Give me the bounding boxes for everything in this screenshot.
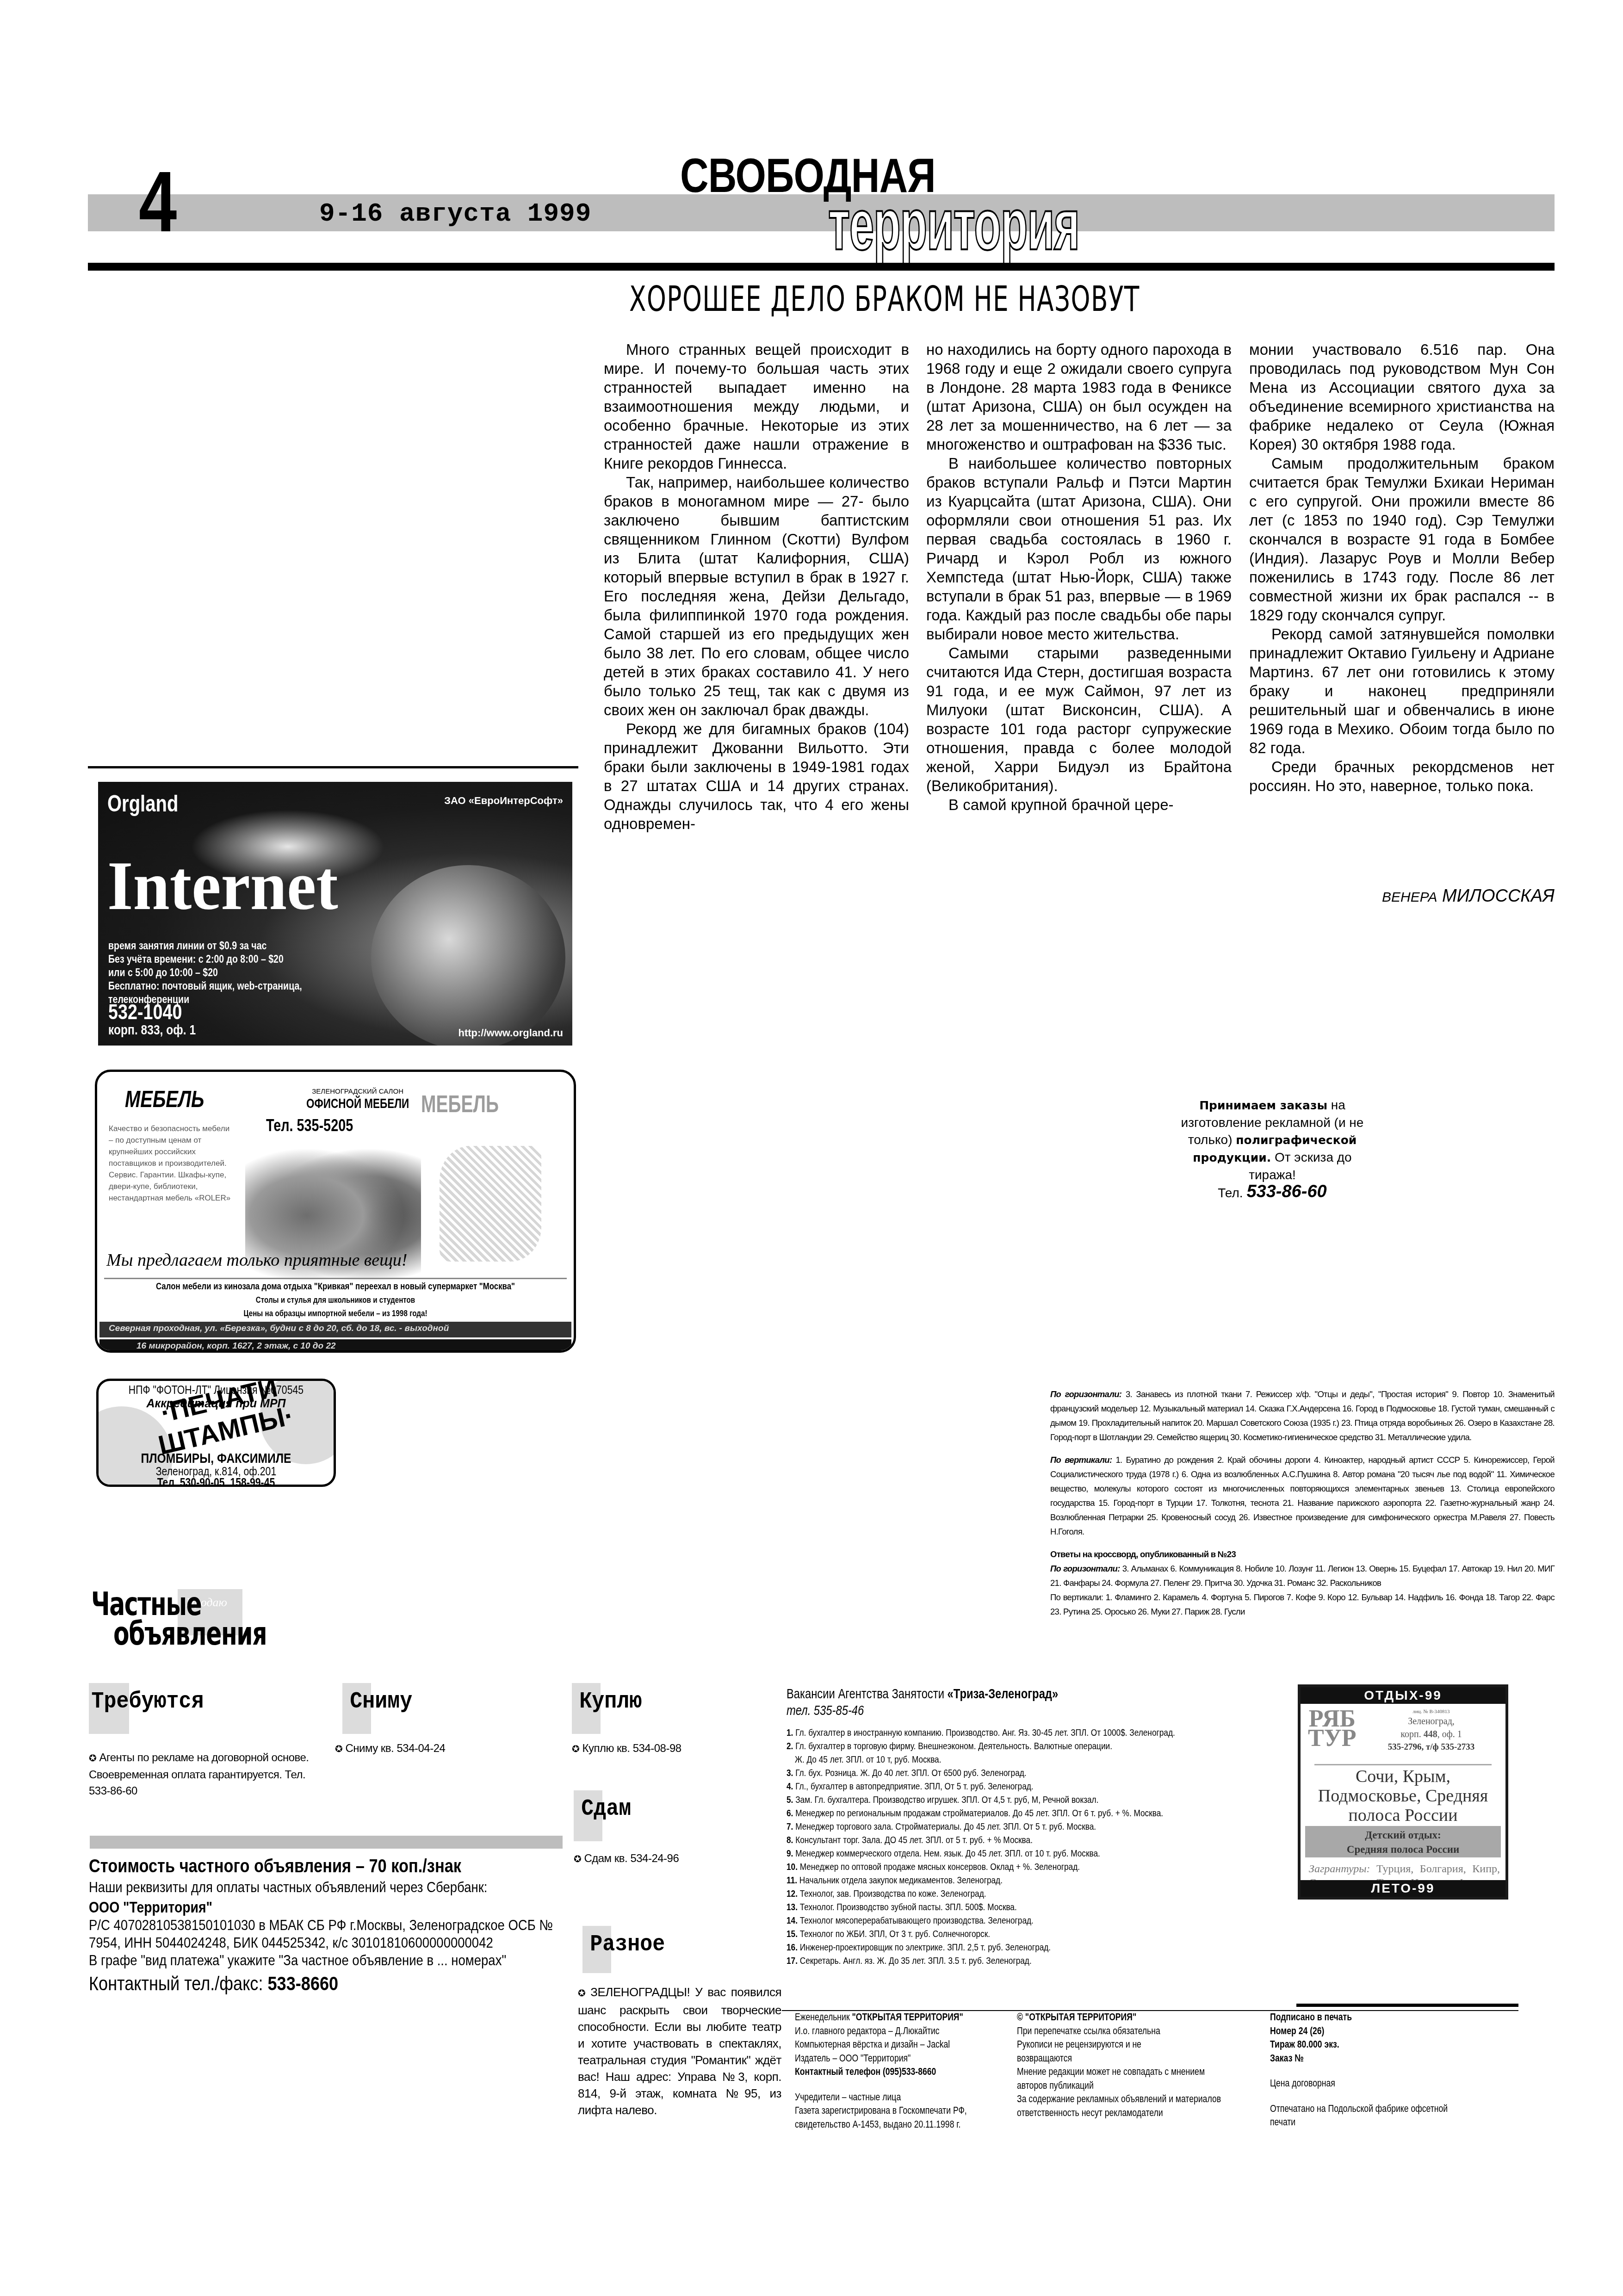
flag-graphic — [440, 1146, 541, 1262]
article-paragraph: Среди брачных рекордсменов нет россиян. … — [1249, 757, 1555, 795]
crossword-answers: Ответы на кроссворд, опубликованный в №2… — [1050, 1547, 1555, 1619]
globe-icon — [371, 865, 565, 1046]
imprint-copyright: © "ОТКРЫТАЯ ТЕРРИТОРИЯ" — [1017, 2011, 1136, 2023]
article-column-1: Много странных вещей происходит в мире. … — [604, 340, 909, 833]
vacancies-title: Вакансии Агентства Занятости «Триза-Зеле… — [787, 1685, 1196, 1703]
ad-feature: Бесплатно: почтовый ящик, web-страница, — [108, 979, 302, 993]
answers-title: Ответы на кроссворд, опубликованный в №2… — [1050, 1549, 1236, 1559]
page-number: 4 — [139, 160, 177, 245]
brand-name-line2: территория — [828, 189, 1079, 260]
payment-note: В графе "вид платежа" укажите "За частно… — [89, 1951, 566, 1969]
ad-headline: Internet — [107, 851, 338, 921]
bank-details: Р/С 40702810538150101030 в МБАК СБ РФ г.… — [89, 1916, 566, 1951]
imprint-phone: Контактный телефон (095)533-8660 — [795, 2066, 936, 2077]
imprint-price: Цена договорная — [1270, 2076, 1477, 2090]
ad-license: лиц. № В-340813 — [1361, 1708, 1502, 1715]
vacancies-title-prefix: Вакансии Агентства Занятости — [787, 1687, 948, 1702]
ad-salon-title: ЗЕЛЕНОГРАДСКИЙ САЛОН ОФИСНОЙ МЕБЕЛИ — [289, 1088, 426, 1111]
vacancy-item: 14. Технолог мясоперерабатывающего произ… — [787, 1914, 1280, 1927]
imprint-printed: Отпечатано на Подольской фабрике офсетно… — [1270, 2102, 1462, 2129]
vacancy-item: 2. Гл. бухгалтер в торговую фирму. Внешн… — [787, 1739, 1280, 1753]
imprint-signed: Подписано в печать — [1270, 2011, 1352, 2023]
crossword-across: По горизонтали: 3. Занавесь из плотной т… — [1050, 1387, 1555, 1444]
imprint-manuscripts: Рукописи не рецензируются и не возвращаю… — [1017, 2037, 1191, 2065]
category-rent-out[interactable]: Сдам — [574, 1790, 638, 1841]
ad-address: корп. 833, оф. 1 — [108, 1022, 196, 1038]
vacancy-item: 16. Инженер-проектировщик по электрике. … — [787, 1941, 1280, 1954]
vacancy-item: 17. Секретарь. Англ. яз. Ж. До 35 лет. З… — [787, 1954, 1280, 1968]
ad-furniture-salon[interactable]: МЕБЕЛЬ ЗЕЛЕНОГРАДСКИЙ САЛОН ОФИСНОЙ МЕБЕ… — [95, 1070, 576, 1353]
classified-item: ✪ Сниму кв. 534-04-24 — [335, 1740, 557, 1758]
category-misc[interactable]: Разное — [582, 1926, 674, 1977]
ad-phones: Тел. 530-90-05, 158-99-45 — [122, 1476, 310, 1487]
vacancy-list: 1. Гл. бухгалтер в иностранную компанию.… — [787, 1726, 1286, 1968]
pricing-band — [90, 1836, 563, 1849]
ad-feature: или с 5:00 до 10:00 – $20 — [108, 966, 302, 979]
notice-phone: 533-86-60 — [1246, 1182, 1326, 1201]
flower-bullet-icon: ✪ — [572, 1744, 579, 1754]
imprint-issue: Номер 24 (26) — [1270, 2025, 1324, 2036]
imprint-registration: Газета зарегистрирована в Госкомпечати Р… — [795, 2104, 1002, 2131]
vacancy-item: 4. Гл., бухгалтер в автопредприятие. ЗПЛ… — [787, 1780, 1280, 1793]
pricing-headline: Стоимость частного объявления – 70 коп./… — [89, 1854, 502, 1878]
imprint-layout: Компьютерная вёрстка и дизайн – Jackal — [795, 2037, 1024, 2051]
article-column-2: но находились на борту одного парохода в… — [926, 340, 1232, 814]
ad-logo: РЯБ ТУР — [1308, 1709, 1357, 1748]
byline-last-name: МИЛОССКАЯ — [1442, 886, 1555, 906]
ad-stamps[interactable]: НПФ "ФОТОН-ЛТ" Лицензия №070545 Аккредит… — [96, 1379, 336, 1487]
category-rent-wanted[interactable]: Сниму — [342, 1683, 420, 1734]
vacancy-item: 9. Менеджер коммерческого отдела. Нем. я… — [787, 1847, 1280, 1860]
imprint-legal: © "ОТКРЫТАЯ ТЕРРИТОРИЯ" При перепечатке … — [1017, 2010, 1224, 2119]
across-clues: 3. Занавесь из плотной ткани 7. Режиссер… — [1050, 1389, 1555, 1442]
classified-text: Сниму кв. 534-04-24 — [345, 1742, 445, 1755]
vacancy-item: 13. Технолог. Производство зубной пасты.… — [787, 1900, 1280, 1914]
article-paragraph: монии участвовало 6.516 пар. Она проводи… — [1249, 340, 1555, 454]
classified-text: Сдам кв. 534-24-96 — [584, 1852, 679, 1865]
ad-destinations: Сочи, Крым, Подмосковье, Средняя полоса … — [1305, 1767, 1501, 1825]
article-paragraph: Так, например, наибольшее количество бра… — [604, 473, 909, 719]
answers-down: 1. Фламинго 2. Карамель 4. Фортуна 5. Пи… — [1050, 1592, 1555, 1616]
ad-phone: 532-1040 — [108, 999, 182, 1024]
footer-rule — [1296, 2004, 1518, 2007]
ad-line: Столы и стулья для школьников и студенто… — [149, 1295, 522, 1306]
vacancy-item: 12. Технолог, зав. Производства по коже.… — [787, 1887, 1280, 1900]
article-paragraph: Самым продолжительным браком считается б… — [1249, 454, 1555, 625]
article-byline: Венера МИЛОССКАЯ — [1382, 886, 1555, 906]
salon-name: ОФИСНОЙ МЕБЕЛИ — [306, 1096, 409, 1111]
answers-down-label: По вертикали: — [1050, 1592, 1103, 1602]
vacancy-item: 8. Консультант торг. Зала. ДО 45 лет. ЗП… — [787, 1833, 1280, 1847]
contact-label: Контактный тел./факс: — [89, 1973, 268, 1994]
article-column-3: монии участвовало 6.516 пар. Она проводи… — [1249, 340, 1555, 795]
classifieds-heading: Продаю Частные объявления — [91, 1589, 326, 1648]
vacancy-item: Ж. До 45 лет. ЗПЛ. от 10 т, руб. Москва. — [787, 1753, 1280, 1766]
contact-line: Контактный тел./факс: 533-8660 — [89, 1973, 502, 1995]
crossword-down: По вертикали: 1. Буратино до рождения 2.… — [1050, 1453, 1555, 1539]
imprint-order: Заказ № — [1270, 2052, 1304, 2064]
vacancy-item: 10. Менеджер по оптовой продаже мясных к… — [787, 1860, 1280, 1874]
imprint-circulation: Тираж 80.000 экз. — [1270, 2038, 1339, 2050]
classified-text: Куплю кв. 534-08-98 — [582, 1742, 681, 1755]
ad-feature: Без учёта времени: с 2:00 до 8:00 – $20 — [108, 953, 302, 966]
category-label: Куплю — [572, 1683, 642, 1715]
category-label: Требуются — [89, 1683, 204, 1715]
ad-kids-band: Детский отдых: Средняя полоса России — [1305, 1826, 1501, 1857]
vacancy-item: 11. Начальник отдела закупок медикаменто… — [787, 1874, 1280, 1887]
article-paragraph: В наибольшее количество повторных браков… — [926, 454, 1232, 644]
heading-line2: объявления — [113, 1619, 266, 1648]
classified-item: ✪ Агенты по рекламе на договорной основе… — [89, 1750, 329, 1799]
imprint-print-info: Подписано в печать Номер 24 (26) Тираж 8… — [1270, 2010, 1477, 2129]
classifieds-pricing: Стоимость частного объявления – 70 коп./… — [89, 1854, 570, 1995]
flower-bullet-icon: ✪ — [578, 1988, 585, 1999]
flower-bullet-icon: ✪ — [574, 1854, 581, 1864]
article-paragraph: но находились на борту одного парохода в… — [926, 340, 1232, 454]
ad-address-bar: Северная проходная, ул. «Березка», будни… — [99, 1322, 571, 1337]
salon-caption: ЗЕЛЕНОГРАДСКИЙ САЛОН — [312, 1088, 403, 1095]
job-vacancies: Вакансии Агентства Занятости «Триза-Зеле… — [787, 1685, 1286, 1968]
category-wanted[interactable]: Требуются — [89, 1683, 217, 1734]
notice-bold: Принимаем заказы — [1199, 1099, 1327, 1112]
issue-date: 9-16 августа 1999 — [319, 199, 591, 229]
down-clues: 1. Буратино до рождения 2. Край обочины … — [1050, 1455, 1555, 1536]
byline-first-name: Венера — [1382, 890, 1437, 905]
section-divider — [88, 766, 578, 768]
ad-contacts: лиц. № В-340813 Зеленоград, корп. 448, о… — [1361, 1708, 1502, 1754]
classified-item: ✪ Сдам кв. 534-24-96 — [574, 1850, 768, 1868]
vacancy-item: 7. Менеджер торгового зала. Стройматериа… — [787, 1820, 1280, 1833]
classified-item: ✪ Куплю кв. 534-08-98 — [572, 1740, 766, 1758]
classified-text: Агенты по рекламе на договорной основе. … — [89, 1751, 309, 1797]
article-paragraph: В самой крупной брачной цере- — [926, 795, 1232, 814]
logo-line: ТУР — [1308, 1729, 1357, 1748]
ad-services: ПЛОМБИРЫ, ФАКСИМИЛЕ — [122, 1451, 310, 1467]
kids-destination: Средняя полоса России — [1305, 1842, 1501, 1857]
article-paragraph: Самыми старыми разведенными считаются Ид… — [926, 644, 1232, 795]
pricing-org: ООО "Территория" — [89, 1899, 566, 1916]
ad-line: Салон мебели из кинозала дома отдыха "Кр… — [149, 1281, 522, 1292]
imprint-ads: За содержание рекламных объявлений и мат… — [1017, 2092, 1224, 2119]
ad-brand: МЕБЕЛЬ — [125, 1086, 204, 1113]
ad-bottom-banner: ЛЕТО-99 — [1301, 1880, 1505, 1897]
category-buy[interactable]: Куплю — [572, 1683, 650, 1734]
imprint-publisher: Еженедельник "ОТКРЫТАЯ ТЕРРИТОРИЯ" И.о. … — [795, 2010, 1024, 2131]
pricing-intro: Наши реквизиты для оплаты частных объявл… — [89, 1878, 566, 1896]
answers-across-label: По горизонтали: — [1050, 1564, 1120, 1573]
imprint-reprint: При перепечатке ссылка обязательна — [1017, 2024, 1224, 2038]
answers-across: 3. Альманах 6. Коммуникация 8. Нобиле 10… — [1050, 1564, 1555, 1588]
classified-text: ЗЕЛЕНОГРАДЦЫ! У вас появился шанс раскры… — [578, 1985, 781, 2117]
article-paragraph: Много странных вещей происходит в мире. … — [604, 340, 909, 473]
ad-top-banner: ОТДЫХ-99 — [1301, 1687, 1505, 1704]
imprint-founders: Учредители – частные лица — [795, 2090, 1024, 2104]
vacancy-item: 3. Гл. бух. Розница. Ж. До 40 лет. ЗПЛ. … — [787, 1766, 1280, 1780]
vacancies-agency: «Триза-Зеленоград» — [948, 1687, 1059, 1702]
vacancy-item: 5. Зам. Гл. бухгалтера. Производство игр… — [787, 1793, 1280, 1807]
article-paragraph: Рекорд самой затянувшейся помолвки прина… — [1249, 625, 1555, 757]
category-label: Сдам — [574, 1790, 631, 1822]
ad-phone: Тел. 535-5205 — [266, 1116, 353, 1135]
ad-city: Зеленоград, — [1361, 1715, 1502, 1728]
ad-address-bar: 16 микрорайон, корп. 1627, 2 этаж, с 10 … — [99, 1339, 571, 1353]
print-order-notice: Принимаем заказы на изготовление рекламн… — [1180, 1096, 1365, 1201]
ad-blurb: Качество и безопасность мебели – по дост… — [109, 1123, 234, 1204]
children-photo — [245, 1137, 421, 1294]
vacancies-phone: тел. 535-85-46 — [787, 1703, 1196, 1719]
vacancy-item: 6. Менеджер по региональным продажам стр… — [787, 1807, 1280, 1820]
contact-phone: 533-8660 — [268, 1973, 339, 1994]
category-label: Сниму — [342, 1683, 412, 1715]
flower-bullet-icon: ✪ — [89, 1753, 96, 1764]
divider — [1314, 1764, 1492, 1765]
ad-line: Цены на образцы импортной мебели – из 19… — [149, 1309, 522, 1319]
notice-tel-label: Тел. — [1218, 1186, 1246, 1200]
down-label: По вертикали: — [1050, 1455, 1112, 1465]
ad-slogan: Мы предлагаем только приятные вещи! — [106, 1250, 408, 1270]
imprint-publisher-name: Издатель – ООО "Территория" — [795, 2051, 1024, 2065]
ad-url-link[interactable]: http://www.orgland.ru — [458, 1027, 564, 1039]
vacancy-item: 15. Технолог по ЖБИ. ЗПЛ, От 3 т. руб. С… — [787, 1927, 1280, 1941]
ad-feature: время занятия линии от $0.9 за час — [108, 939, 302, 953]
crossword-clues: По горизонтали: 3. Занавесь из плотной т… — [1050, 1387, 1555, 1619]
flower-bullet-icon: ✪ — [335, 1744, 342, 1754]
ad-brand-secondary: МЕБЕЛЬ — [421, 1090, 499, 1118]
ad-features: время занятия линии от $0.9 за час Без у… — [108, 939, 302, 1006]
across-label: По горизонтали: — [1050, 1389, 1121, 1399]
ad-company: ЗАО «ЕвроИнтерСофт» — [444, 795, 563, 807]
ad-logo: Orgland — [107, 790, 178, 817]
article-paragraph: Рекорд же для бигамных браков (104) прин… — [604, 719, 909, 833]
imprint-editor: И.о. главного редактора – Д.Люкайтис — [795, 2024, 1024, 2038]
ad-internet-provider[interactable]: Orgland ЗАО «ЕвроИнтерСофт» Internet вре… — [98, 782, 572, 1046]
category-label: Разное — [582, 1926, 665, 1958]
classified-item: ✪ ЗЕЛЕНОГРАДЦЫ! У вас появился шанс раск… — [578, 1984, 781, 2118]
divider — [104, 1278, 567, 1279]
vacancy-item: 1. Гл. бухгалтер в иностранную компанию.… — [787, 1726, 1280, 1739]
kids-title: Детский отдых: — [1305, 1828, 1501, 1842]
article-headline: ХОРОШЕЕ ДЕЛО БРАКОМ НЕ НАЗОВУТ — [629, 280, 1082, 319]
ad-phones: 535-2796, т/ф 535-2733 — [1361, 1741, 1502, 1754]
ad-address: корп. 448, оф. 1 — [1361, 1728, 1502, 1741]
masthead-rule — [88, 263, 1555, 271]
ad-travel-agency[interactable]: ОТДЫХ-99 РЯБ ТУР лиц. № В-340813 Зеленог… — [1298, 1684, 1508, 1900]
imprint-opinion: Мнение редакции может не совпадать с мне… — [1017, 2065, 1217, 2092]
